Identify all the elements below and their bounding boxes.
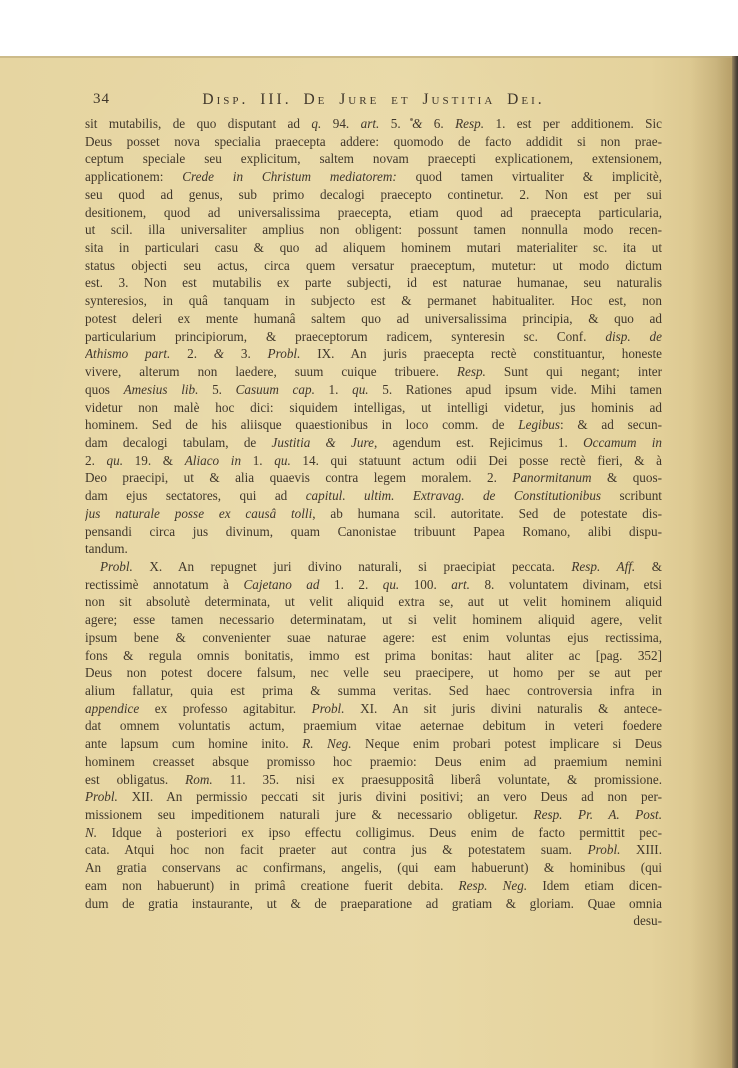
text-line: est obligatus. Rom. 11. 35. nisi ex prae… [85, 771, 662, 789]
text-line: alium fallatur, quia est prima & summa v… [85, 682, 662, 700]
text-line: Deus non potest docere falsum, nec velle… [85, 664, 662, 682]
text-line: dam decalogi tabulam, de Justitia & Jure… [85, 434, 662, 452]
text-line: ante lapsum cum homine inito. R. Neg. Ne… [85, 735, 662, 753]
text-line: N. Idque à posteriori ex ipso effectu co… [85, 824, 662, 842]
page-header: 34 Disp. III. De Jure et Justitia Dei. [85, 58, 662, 113]
text-line: potest deleri ex mente humanâ saltem quo… [85, 310, 662, 328]
text-line: dam ejus sectatores, qui ad capitul. ult… [85, 487, 662, 505]
text-line: particularium principiorum, & praeceptor… [85, 328, 662, 346]
text-line: desitionem, quod ad universalissima prae… [85, 204, 662, 222]
text-line: est. 3. Non est mutabilis ex parte subje… [85, 274, 662, 292]
text-line: pensandi circa jus divinum, quam Canonis… [85, 523, 662, 541]
page-number: 34 [93, 91, 110, 108]
scanned-page: 34 Disp. III. De Jure et Justitia Dei. s… [0, 0, 738, 1068]
text-line: videtur non malè hoc dici: siquidem inte… [85, 399, 662, 417]
text-line: Deus posset nova specialia praecepta add… [85, 133, 662, 151]
text-line: ut scil. illa universaliter amplius non … [85, 221, 662, 239]
text-line: missionem seu impeditionem naturali jure… [85, 806, 662, 824]
text-line: Deo praecipi, ut & alia quaevis contra l… [85, 469, 662, 487]
body-text: sit mutabilis, de quo disputant ad q. 94… [85, 115, 662, 930]
text-line: dat omnem voluntatis actum, praemium vit… [85, 717, 662, 735]
text-line: rectissimè annotatum à Cajetano ad 1. 2.… [85, 576, 662, 594]
catchword-line: desu- [85, 912, 662, 930]
text-line: tandum. [85, 540, 662, 558]
book-page: 34 Disp. III. De Jure et Justitia Dei. s… [0, 56, 738, 1068]
text-line: ceptum speciale seu explicitum, saltem n… [85, 150, 662, 168]
text-line: appendice ex professo agitabitur. Probl.… [85, 700, 662, 718]
text-line: non sit absolutè determinata, ut velit a… [85, 593, 662, 611]
page-edge-line [732, 56, 738, 1068]
text-line: jus naturale posse ex causâ tolli, ab hu… [85, 505, 662, 523]
text-line: Probl. X. An repugnet juri divino natura… [85, 558, 662, 576]
text-line: quos Amesius lib. 5. Casuum cap. 1. qu. … [85, 381, 662, 399]
text-line: cata. Atqui hoc non facit praeter aut co… [85, 841, 662, 859]
ink-speck [410, 118, 413, 121]
text-line: Probl. XII. An permissio peccati sit jur… [85, 788, 662, 806]
text-line: synteresios, in quâ tanquam in subjecto … [85, 292, 662, 310]
text-line: vivere, alterum non laedere, suum cuique… [85, 363, 662, 381]
text-line: seu quod ad genus, sub primo decalogi pr… [85, 186, 662, 204]
text-line: applicationem: Crede in Christum mediato… [85, 168, 662, 186]
text-line: status objecti seu actus, circa quem ver… [85, 257, 662, 275]
text-line: eam non habuerunt) in primâ creatione fu… [85, 877, 662, 895]
text-line: Athismo part. 2. & 3. Probl. IX. An juri… [85, 345, 662, 363]
text-line: agere; esse tamen necessario determinata… [85, 611, 662, 629]
text-line: fons & regula omnis bonitatis, immo est … [85, 647, 662, 665]
text-line: sit mutabilis, de quo disputant ad q. 94… [85, 115, 662, 133]
text-line: 2. qu. 19. & Aliaco in 1. qu. 14. qui st… [85, 452, 662, 470]
text-line: ipsum bene & convenienter suae naturae a… [85, 629, 662, 647]
text-line: hominem. Sed de his aliisque quaestionib… [85, 416, 662, 434]
text-line: An gratia conservans ac confirmans, ange… [85, 859, 662, 877]
text-line: sita in particulari casu & quo ad alique… [85, 239, 662, 257]
text-line: hominem creasset absque promisso hoc pra… [85, 753, 662, 771]
running-title: Disp. III. De Jure et Justitia Dei. [85, 91, 662, 109]
text-line: dum de gratia instaurante, ut & de praep… [85, 895, 662, 913]
